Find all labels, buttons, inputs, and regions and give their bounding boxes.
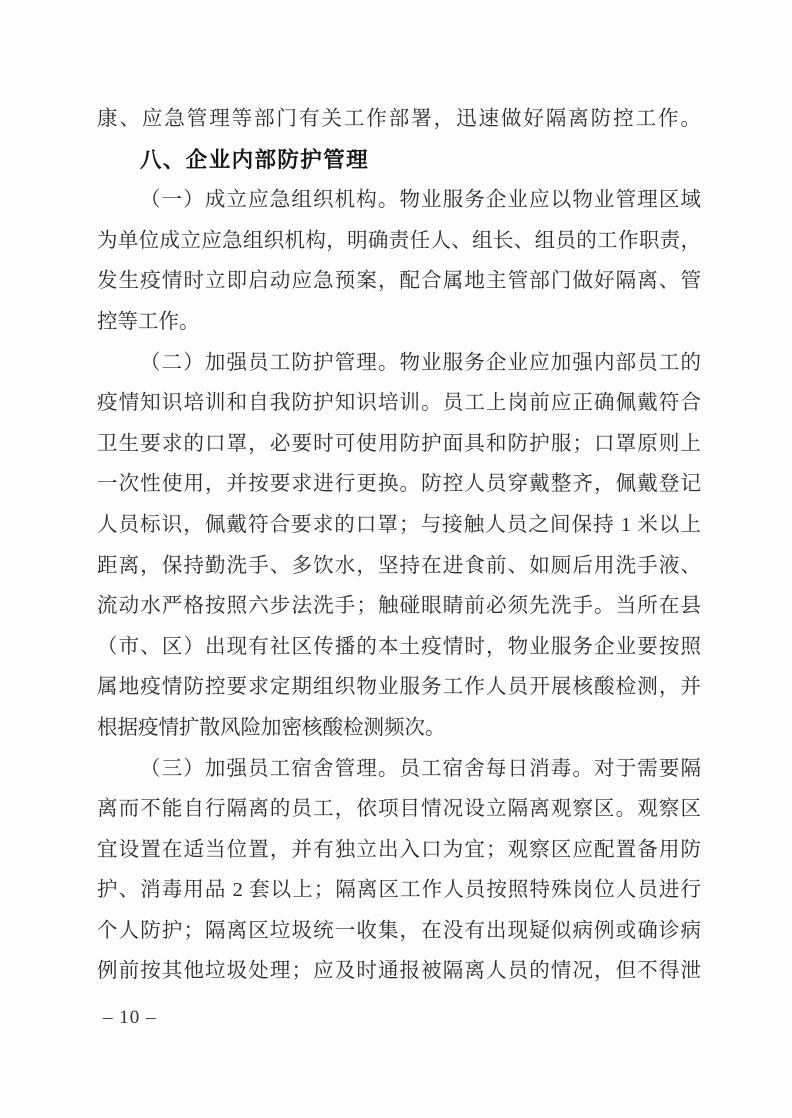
text-line: 护、消毒用品 2 套以上；隔离区工作人员按照特殊岗位人员进行 [97, 870, 701, 911]
text-line: 控等工作。 [97, 302, 701, 343]
text-line: （三）加强员工宿舍管理。员工宿舍每日消毒。对于需要隔 [97, 749, 701, 790]
text-line: 康、应急管理等部门有关工作部署，迅速做好隔离防控工作。 [97, 99, 701, 140]
text-line: （一）成立应急组织机构。物业服务企业应以物业管理区域 [97, 180, 701, 221]
text-line: 宜设置在适当位置，并有独立出入口为宜；观察区应配置备用防 [97, 830, 701, 871]
text-line: 卫生要求的口罩，必要时可使用防护面具和防护服；口罩原则上 [97, 424, 701, 465]
text-line: （市、区）出现有社区传播的本土疫情时，物业服务企业要按照 [97, 627, 701, 668]
text-line: 疫情知识培训和自我防护知识培训。员工上岗前应正确佩戴符合 [97, 383, 701, 424]
text-line: 个人防护；隔离区垃圾统一收集，在没有出现疑似病例或确诊病 [97, 911, 701, 952]
text-line: 一次性使用，并按要求进行更换。防控人员穿戴整齐，佩戴登记 [97, 464, 701, 505]
text-line: 流动水严格按照六步法洗手；触碰眼睛前必须先洗手。当所在县 [97, 586, 701, 627]
text-line: 例前按其他垃圾处理；应及时通报被隔离人员的情况，但不得泄 [97, 951, 701, 992]
text-line: 属地疫情防控要求定期组织物业服务工作人员开展核酸检测，并 [97, 667, 701, 708]
document-text-block: 康、应急管理等部门有关工作部署，迅速做好隔离防控工作。 八、企业内部防护管理 （… [97, 99, 701, 992]
document-page: 康、应急管理等部门有关工作部署，迅速做好隔离防控工作。 八、企业内部防护管理 （… [0, 0, 792, 1118]
text-line: 根据疫情扩散风险加密核酸检测频次。 [97, 708, 701, 749]
section-heading: 八、企业内部防护管理 [97, 140, 701, 181]
text-line: 距离，保持勤洗手、多饮水，坚持在进食前、如厕后用洗手液、 [97, 546, 701, 587]
text-line: 人员标识，佩戴符合要求的口罩；与接触人员之间保持 1 米以上 [97, 505, 701, 546]
text-line: 为单位成立应急组织机构，明确责任人、组长、组员的工作职责， [97, 221, 701, 262]
text-line: 发生疫情时立即启动应急预案，配合属地主管部门做好隔离、管 [97, 261, 701, 302]
page-number: – 10 – [103, 1004, 157, 1032]
text-line: 离而不能自行隔离的员工，依项目情况设立隔离观察区。观察区 [97, 789, 701, 830]
text-line: （二）加强员工防护管理。物业服务企业应加强内部员工的 [97, 343, 701, 384]
